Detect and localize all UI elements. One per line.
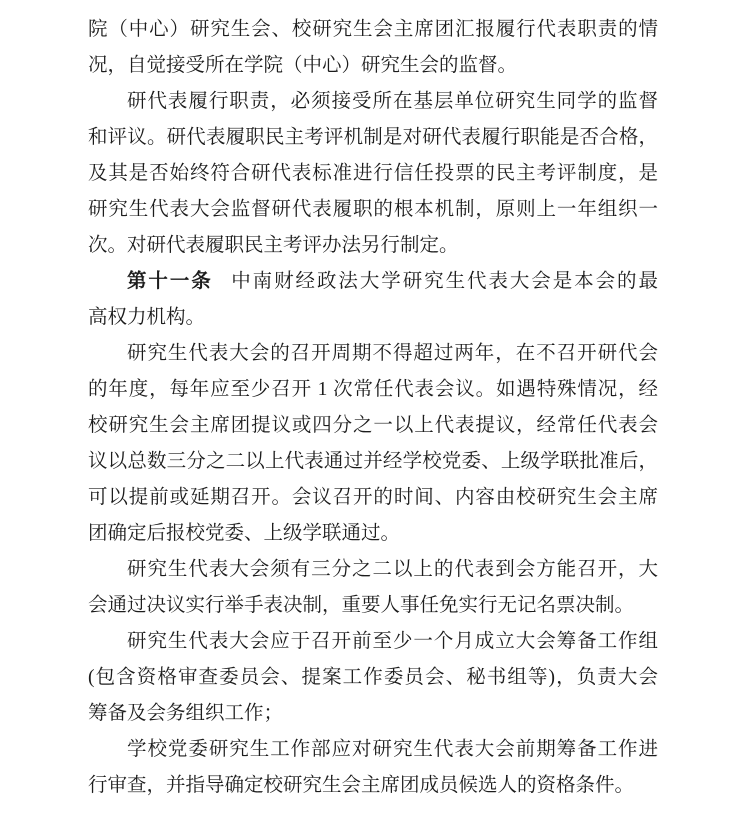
text-line: 研究生代表大会应于召开前至少一个月成立大会筹备工作组 xyxy=(88,624,658,660)
article-text: 中南财经政法大学研究生代表大会是本会的最 xyxy=(231,271,658,292)
text-line: (包含资格审查委员会、提案工作委员会、秘书组等)，负责大会 xyxy=(88,660,658,696)
text-line: 和评议。研代表履职民主考评机制是对研代表履行职能是否合格， xyxy=(88,120,658,156)
text-line: 校研究生会主席团提议或四分之一以上代表提议，经常任代表会 xyxy=(88,408,658,444)
text-line: 高权力机构。 xyxy=(88,300,658,336)
text-line-article-11: 第十一条中南财经政法大学研究生代表大会是本会的最 xyxy=(88,264,658,300)
text-line: 次。对研代表履职民主考评办法另行制定。 xyxy=(88,228,658,264)
text-line: 筹备及会务组织工作； xyxy=(88,696,658,732)
text-line: 议以总数三分之二以上代表通过并经学校党委、上级学联批准后， xyxy=(88,444,658,480)
text-line: 学校党委研究生工作部应对研究生代表大会前期筹备工作进 xyxy=(88,732,658,768)
text-line: 的年度，每年应至少召开 1 次常任代表会议。如遇特殊情况，经 xyxy=(88,372,658,408)
document-page: 院（中心）研究生会、校研究生会主席团汇报履行代表职责的情 况，自觉接受所在学院（… xyxy=(88,12,658,804)
text-line: 行审查，并指导确定校研究生会主席团成员候选人的资格条件。 xyxy=(88,768,658,804)
text-line: 团确定后报校党委、上级学联通过。 xyxy=(88,516,658,552)
text-line: 况，自觉接受所在学院（中心）研究生会的监督。 xyxy=(88,48,658,84)
text-line: 研究生代表大会监督研代表履职的根本机制，原则上一年组织一 xyxy=(88,192,658,228)
text-line: 会通过决议实行举手表决制，重要人事任免实行无记名票决制。 xyxy=(88,588,658,624)
text-line: 及其是否始终符合研代表标准进行信任投票的民主考评制度，是 xyxy=(88,156,658,192)
text-line: 研究生代表大会的召开周期不得超过两年，在不召开研代会 xyxy=(88,336,658,372)
text-line: 研代表履行职责，必须接受所在基层单位研究生同学的监督 xyxy=(88,84,658,120)
text-line: 可以提前或延期召开。会议召开的时间、内容由校研究生会主席 xyxy=(88,480,658,516)
text-line: 院（中心）研究生会、校研究生会主席团汇报履行代表职责的情 xyxy=(88,12,658,48)
article-number: 第十一条 xyxy=(127,271,213,292)
text-line: 研究生代表大会须有三分之二以上的代表到会方能召开，大 xyxy=(88,552,658,588)
